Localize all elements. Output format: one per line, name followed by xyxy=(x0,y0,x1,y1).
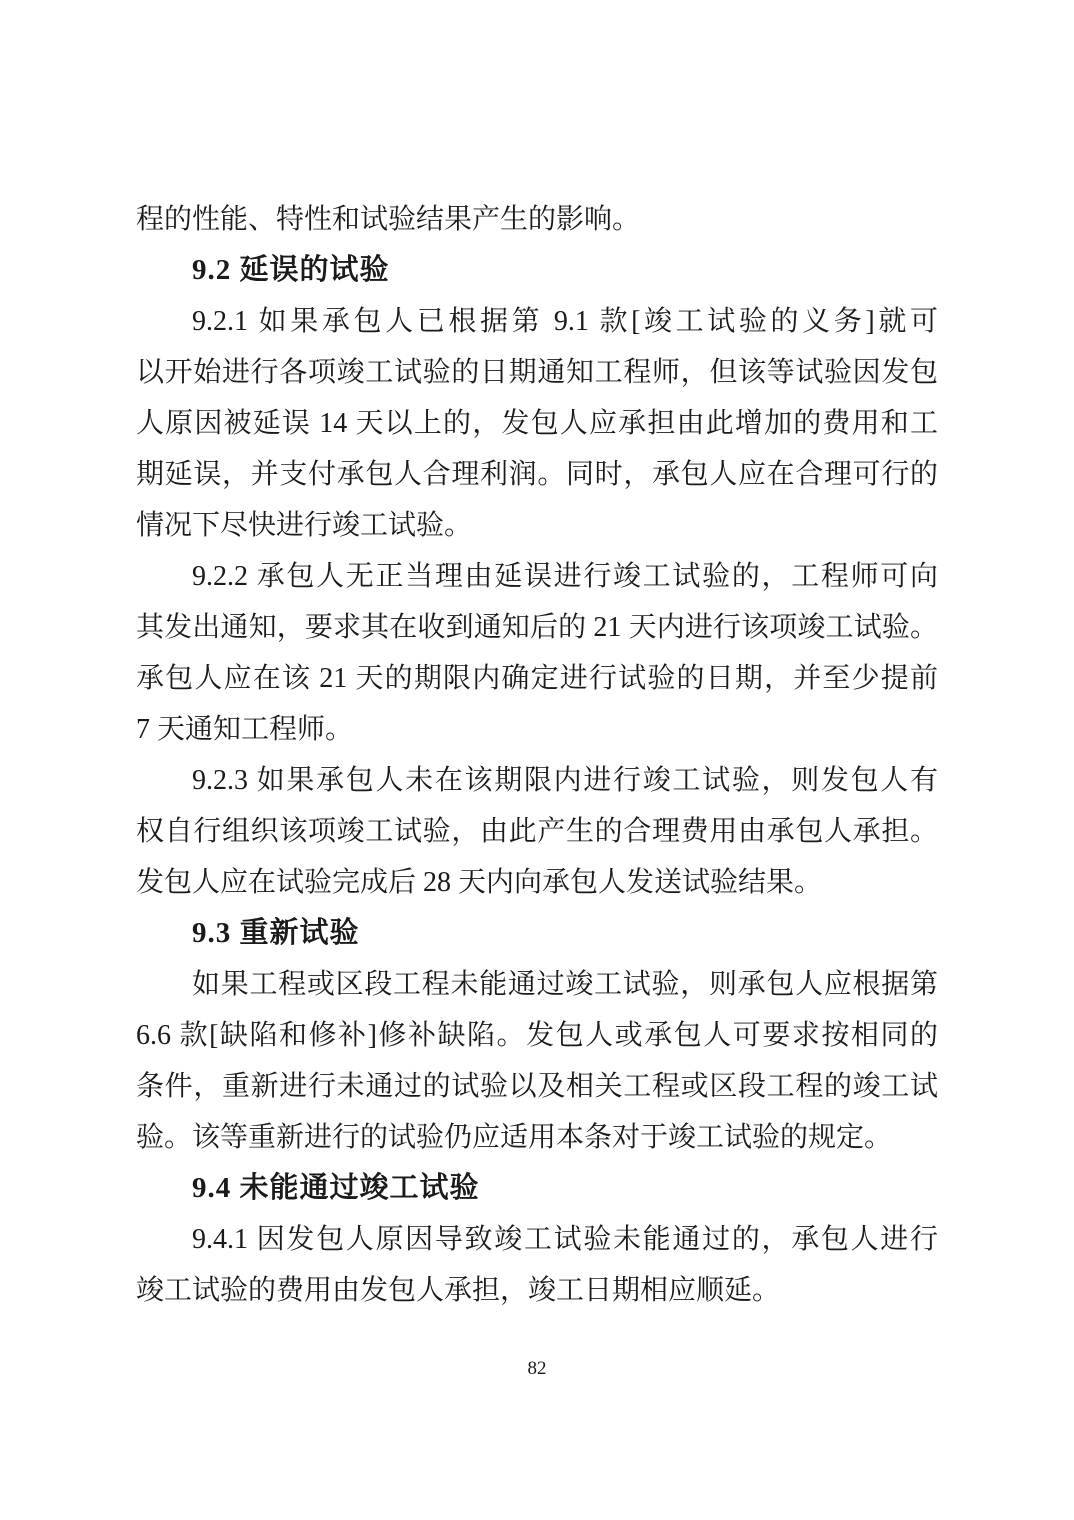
text-line: 其发出通知，要求其在收到通知后的 21 天内进行该项竣工试验。 xyxy=(136,602,938,653)
text-line: 如果工程或区段工程未能通过竣工试验，则承包人应根据第 xyxy=(136,959,938,1010)
text-line: 发包人应在试验完成后 28 天内向承包人发送试验结果。 xyxy=(136,857,938,908)
text-block: 程的性能、特性和试验结果产生的影响。9.2 延误的试验9.2.1 如果承包人已根… xyxy=(136,194,938,1316)
text-line: 9.4.1 因发包人原因导致竣工试验未能通过的，承包人进行 xyxy=(136,1214,938,1265)
text-line: 程的性能、特性和试验结果产生的影响。 xyxy=(136,194,938,245)
text-line: 7 天通知工程师。 xyxy=(136,704,938,755)
text-line: 情况下尽快进行竣工试验。 xyxy=(136,500,938,551)
page-number: 82 xyxy=(0,1358,1074,1380)
text-line: 竣工试验的费用由发包人承担，竣工日期相应顺延。 xyxy=(136,1265,938,1316)
text-line: 6.6 款[缺陷和修补]修补缺陷。发包人或承包人可要求按相同的 xyxy=(136,1010,938,1061)
text-line: 权自行组织该项竣工试验，由此产生的合理费用由承包人承担。 xyxy=(136,806,938,857)
text-line: 以开始进行各项竣工试验的日期通知工程师，但该等试验因发包 xyxy=(136,347,938,398)
text-line: 期延误，并支付承包人合理利润。同时，承包人应在合理可行的 xyxy=(136,449,938,500)
text-line: 验。该等重新进行的试验仍应适用本条对于竣工试验的规定。 xyxy=(136,1112,938,1163)
text-line: 条件，重新进行未通过的试验以及相关工程或区段工程的竣工试 xyxy=(136,1061,938,1112)
section-heading: 9.4 未能通过竣工试验 xyxy=(136,1163,938,1214)
text-line: 9.2.1 如果承包人已根据第 9.1 款[竣工试验的义务]就可 xyxy=(136,296,938,347)
document-page: 程的性能、特性和试验结果产生的影响。9.2 延误的试验9.2.1 如果承包人已根… xyxy=(0,0,1074,1520)
text-line: 承包人应在该 21 天的期限内确定进行试验的日期，并至少提前 xyxy=(136,653,938,704)
text-line: 9.2.3 如果承包人未在该期限内进行竣工试验，则发包人有 xyxy=(136,755,938,806)
text-line: 9.2.2 承包人无正当理由延误进行竣工试验的，工程师可向 xyxy=(136,551,938,602)
section-heading: 9.3 重新试验 xyxy=(136,908,938,959)
text-line: 人原因被延误 14 天以上的，发包人应承担由此增加的费用和工 xyxy=(136,398,938,449)
section-heading: 9.2 延误的试验 xyxy=(136,245,938,296)
